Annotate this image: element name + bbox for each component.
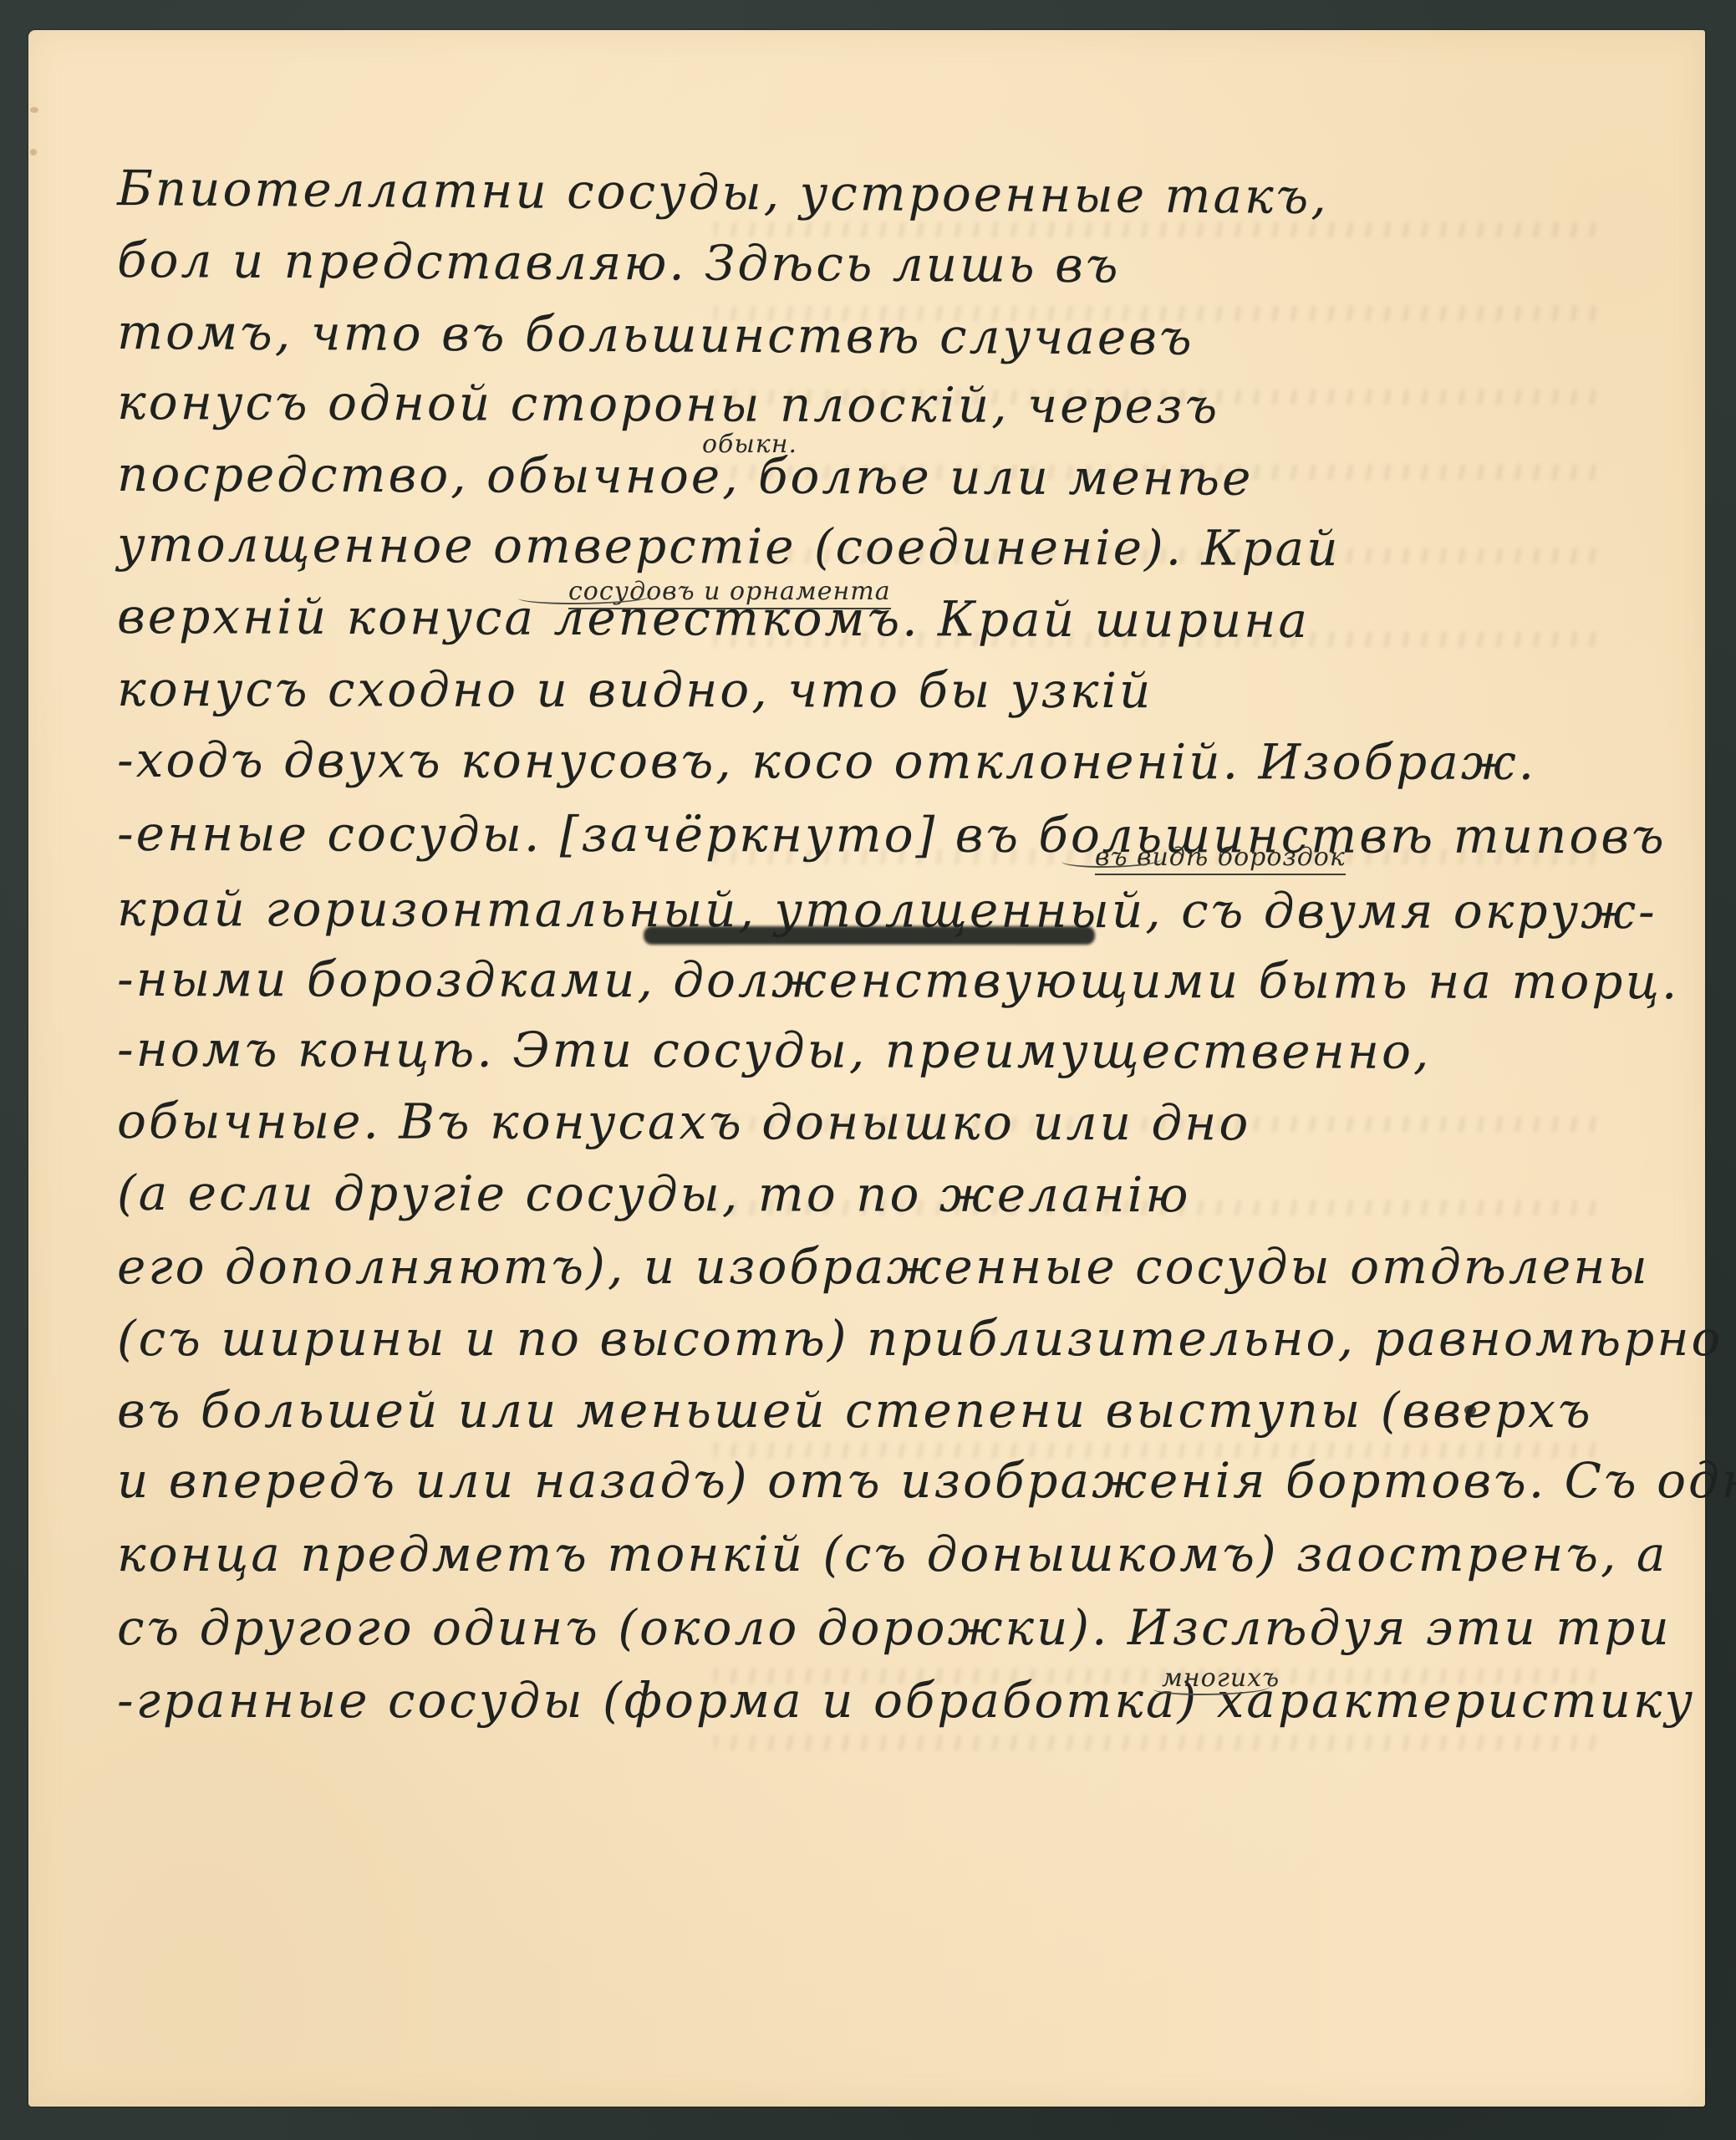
manuscript-line-13: -номъ концѣ. Эти сосуды, преимущественно…	[117, 1025, 1431, 1076]
manuscript-line-6: утолщенное отверстіе (соединеніе). Край	[117, 520, 1341, 573]
manuscript-line-10: -енные сосуды. [зачёркнуто] въ большинст…	[117, 809, 1667, 860]
manuscript-line-3: томъ, что въ большинствѣ случаевъ	[117, 308, 1194, 362]
manuscript-line-15: (а если другіе сосуды, то по желанію	[117, 1169, 1190, 1219]
manuscript-line-8: конусъ сходно и видно, что бы узкій	[117, 665, 1153, 715]
manuscript-line-21: съ другого одинъ (около дорожки). Изслѣд…	[117, 1603, 1672, 1652]
manuscript-line-16: его дополняютъ), и изображенные сосуды о…	[117, 1242, 1650, 1291]
manuscript-line-18: въ большей или меньшей степени выступы (…	[117, 1386, 1593, 1434]
manuscript-line-9: -ходъ двухъ конусовъ, косо отклоненій. И…	[117, 736, 1536, 787]
manuscript-line-17: (съ ширины и по высотѣ) приблизительно, …	[117, 1314, 1723, 1363]
manuscript-line-14: обычные. Въ конусахъ донышко или дно	[117, 1097, 1250, 1147]
manuscript-line-12: -ными бороздками, долженствующими быть н…	[117, 955, 1679, 1006]
manuscript-line-2: бол и представляю. Здѣсь лишь въ	[117, 236, 1121, 289]
manuscript-line-1: Бпиотеллатни сосуды, устроенные такъ,	[117, 164, 1329, 221]
manuscript-line-19: и впередъ или назадъ) отъ изображенія бо…	[117, 1456, 1736, 1505]
manuscript-line-20: конца предметъ тонкій (съ донышкомъ) зао…	[117, 1530, 1667, 1578]
strikethrough-mark	[644, 926, 1095, 945]
manuscript-line-22: -гранные сосуды (форма и обработка) хара…	[117, 1676, 1695, 1725]
manuscript-line-4: конусъ одной стороны плоскій, черезъ	[117, 378, 1219, 431]
interlinear-insertion: обыкн.	[702, 430, 797, 459]
manuscript-line-5: посредство, обычное, болѣе или менѣе	[117, 450, 1254, 502]
